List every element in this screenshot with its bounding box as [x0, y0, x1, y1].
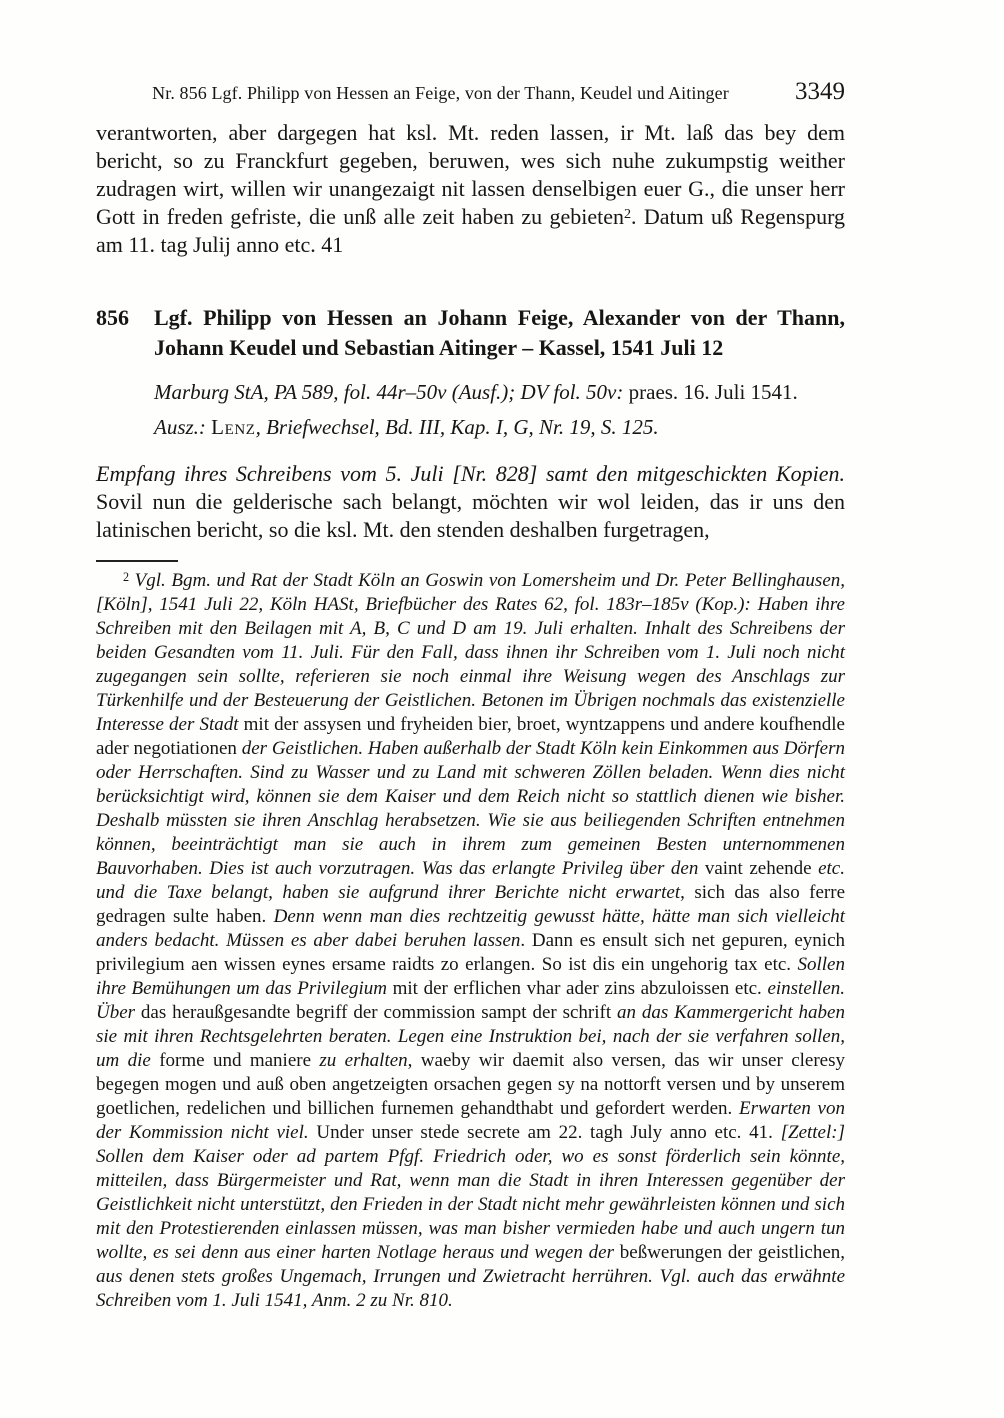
- excerpt-reference: Ausz.: Lenz, Briefwechsel, Bd. III, Kap.…: [154, 415, 845, 440]
- entry-number: 856: [96, 303, 154, 363]
- source-block: Marburg StA, PA 589, fol. 44r–50v (Ausf.…: [154, 380, 845, 440]
- entry-heading: 856 Lgf. Philipp von Hessen an Johann Fe…: [96, 303, 845, 363]
- footnote-separator-rule: [96, 560, 178, 562]
- source-reference: Marburg StA, PA 589, fol. 44r–50v (Ausf.…: [154, 380, 845, 405]
- page-number: 3349: [795, 78, 845, 106]
- footnote-paragraph: 2 Vgl. Bgm. und Rat der Stadt Köln an Go…: [96, 569, 845, 1313]
- entry-title: Lgf. Philipp von Hessen an Johann Feige,…: [154, 303, 845, 363]
- letter-continuation-paragraph: verantworten, aber dargegen hat ksl. Mt.…: [96, 119, 845, 259]
- running-head: Nr. 856 Lgf. Philipp von Hessen an Feige…: [96, 83, 785, 104]
- book-page: Nr. 856 Lgf. Philipp von Hessen an Feige…: [0, 0, 1004, 1418]
- running-head-row: Nr. 856 Lgf. Philipp von Hessen an Feige…: [96, 78, 845, 106]
- summary-paragraph: Empfang ihres Schreibens vom 5. Juli [Nr…: [96, 460, 845, 544]
